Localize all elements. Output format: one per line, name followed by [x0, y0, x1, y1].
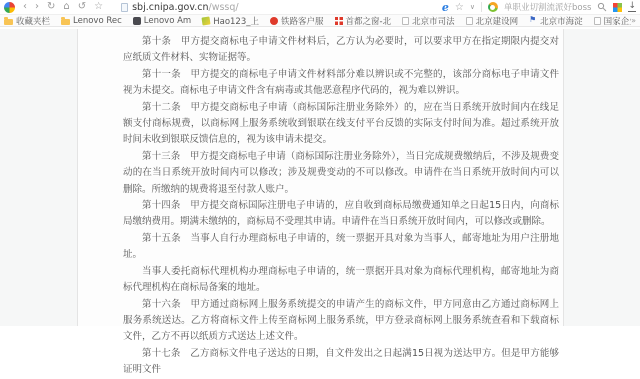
dark-dot-icon [133, 17, 141, 25]
hao123-icon [202, 16, 211, 25]
toolbar-right-cluster: e ☆ ∨ 单职业切割流派好boss ↓ [442, 1, 636, 13]
flag-icon [529, 16, 537, 25]
bookmarks-overflow-icon[interactable]: » [631, 16, 636, 25]
page-icon [594, 17, 601, 25]
ie-compat-icon[interactable]: e [442, 2, 449, 13]
bookmark-label: 北京建设网 [476, 15, 519, 27]
content-panel: 第十条 甲方提交商标电子申请文件材料后，乙方认为必要时，可以要求甲方在指定期限内… [77, 29, 564, 326]
document-paragraph: 第十四条 甲方提交商标国际注册电子申请的，应自收到商标局缴费通知单之日起15日内… [123, 198, 559, 231]
download-icon[interactable]: ↓ [628, 2, 636, 12]
site-page-icon [121, 3, 128, 12]
bookmark-item[interactable]: Lenovo Am [133, 16, 191, 26]
browser-toolbar: ‹ › ↻ ⌂ ↺ ☆ sbj.cnipa.gov.cn /wssq/ e ☆ … [0, 0, 640, 14]
bookmark-item[interactable]: 北京市司法 [402, 15, 455, 27]
apps-grid-icon[interactable] [613, 3, 622, 12]
forward-icon[interactable]: › [35, 1, 39, 13]
bookmark-label: 北京市海淀 [540, 15, 583, 27]
url-path[interactable]: /wssq/ [209, 2, 239, 13]
bookmark-item[interactable]: 铁路客户服 [270, 15, 324, 27]
url-domain[interactable]: sbj.cnipa.gov.cn [132, 2, 208, 13]
bookmark-label: Lenovo Am [144, 16, 191, 26]
refresh-icon[interactable]: ↻ [47, 1, 55, 13]
address-bar[interactable]: sbj.cnipa.gov.cn /wssq/ [121, 2, 239, 13]
bookmark-item[interactable]: 北京建设网 [466, 15, 519, 27]
page-icon [402, 17, 409, 25]
home-icon[interactable]: ⌂ [63, 1, 69, 13]
toolbar-divider [481, 2, 482, 12]
bookmark-item[interactable]: Hao123_上 [202, 15, 259, 27]
bookmark-star-icon[interactable]: ☆ [455, 2, 464, 13]
bookmark-item[interactable]: 国家企业信 [594, 15, 631, 27]
back-icon[interactable]: ‹ [23, 1, 27, 13]
page-icon [466, 17, 473, 25]
folder-icon [4, 19, 13, 25]
document-paragraph: 第十条 甲方提交商标电子申请文件材料后，乙方认为必要时，可以要求甲方在指定期限内… [123, 34, 559, 67]
bookmark-item[interactable]: 北京市海淀 [529, 15, 583, 27]
document-paragraph: 第十六条 甲方通过商标网上服务系统提交的申请产生的商标文件，甲方同意由乙方通过商… [123, 297, 559, 327]
chevron-down-icon[interactable]: ∨ [470, 3, 475, 12]
bookmark-label: Hao123_上 [213, 15, 259, 27]
bookmark-label: 铁路客户服 [281, 15, 324, 27]
bookmark-item[interactable]: Lenovo Rec [61, 16, 122, 26]
search-box[interactable]: 单职业切割流派好boss [504, 1, 591, 13]
document-paragraph: 第十二条 甲方提交商标电子申请（商标国际注册业务除外）的，应在当日系统开放时间内… [123, 100, 559, 149]
document-paragraph: 第十五条 当事人自行办理商标电子申请的，统一票据开具对象为当事人，邮寄地址为用户… [123, 231, 559, 264]
bookmark-label: 首都之窗-北 [346, 15, 392, 27]
document-paragraph: 第十一条 甲方提交的商标电子申请文件材料部分难以辨识或不完整的，该部分商标电子申… [123, 67, 559, 100]
browser-logo-icon[interactable] [4, 2, 15, 13]
bookmark-item[interactable]: 收藏夹栏 [4, 15, 50, 27]
red-disc-icon [270, 17, 278, 25]
page-background: 第十条 甲方提交商标电子申请文件材料后，乙方认为必要时，可以要求甲方在指定期限内… [0, 29, 640, 326]
bookmark-label: 国家企业信 [604, 15, 631, 27]
folder-icon [61, 19, 70, 25]
bookmark-item[interactable]: 首都之窗-北 [335, 15, 392, 27]
bookmarks-bar: 收藏夹栏Lenovo RecLenovo AmHao123_上铁路客户服首都之窗… [0, 14, 640, 27]
document-body: 第十条 甲方提交商标电子申请文件材料后，乙方认为必要时，可以要求甲方在指定期限内… [78, 29, 563, 326]
bookmark-label: 收藏夹栏 [16, 15, 50, 27]
document-paragraph: 当事人委托商标代理机构办理商标电子申请的，统一票据开具对象为商标代理机构，邮寄地… [123, 264, 559, 297]
document-paragraph: 第十三条 甲方提交商标电子申请（商标国际注册业务除外），当日完成规费缴纳后，不涉… [123, 149, 559, 198]
search-icon[interactable] [597, 2, 607, 12]
bookmark-label: 北京市司法 [412, 15, 455, 27]
search-engine-icon[interactable] [488, 2, 498, 12]
favorite-star-icon[interactable]: ☆ [94, 1, 103, 13]
red-grid-icon [335, 17, 343, 25]
history-icon[interactable]: ↺ [78, 1, 86, 13]
bookmarks-list: 收藏夹栏Lenovo RecLenovo AmHao123_上铁路客户服首都之窗… [4, 15, 631, 27]
bookmark-label: Lenovo Rec [73, 16, 122, 26]
